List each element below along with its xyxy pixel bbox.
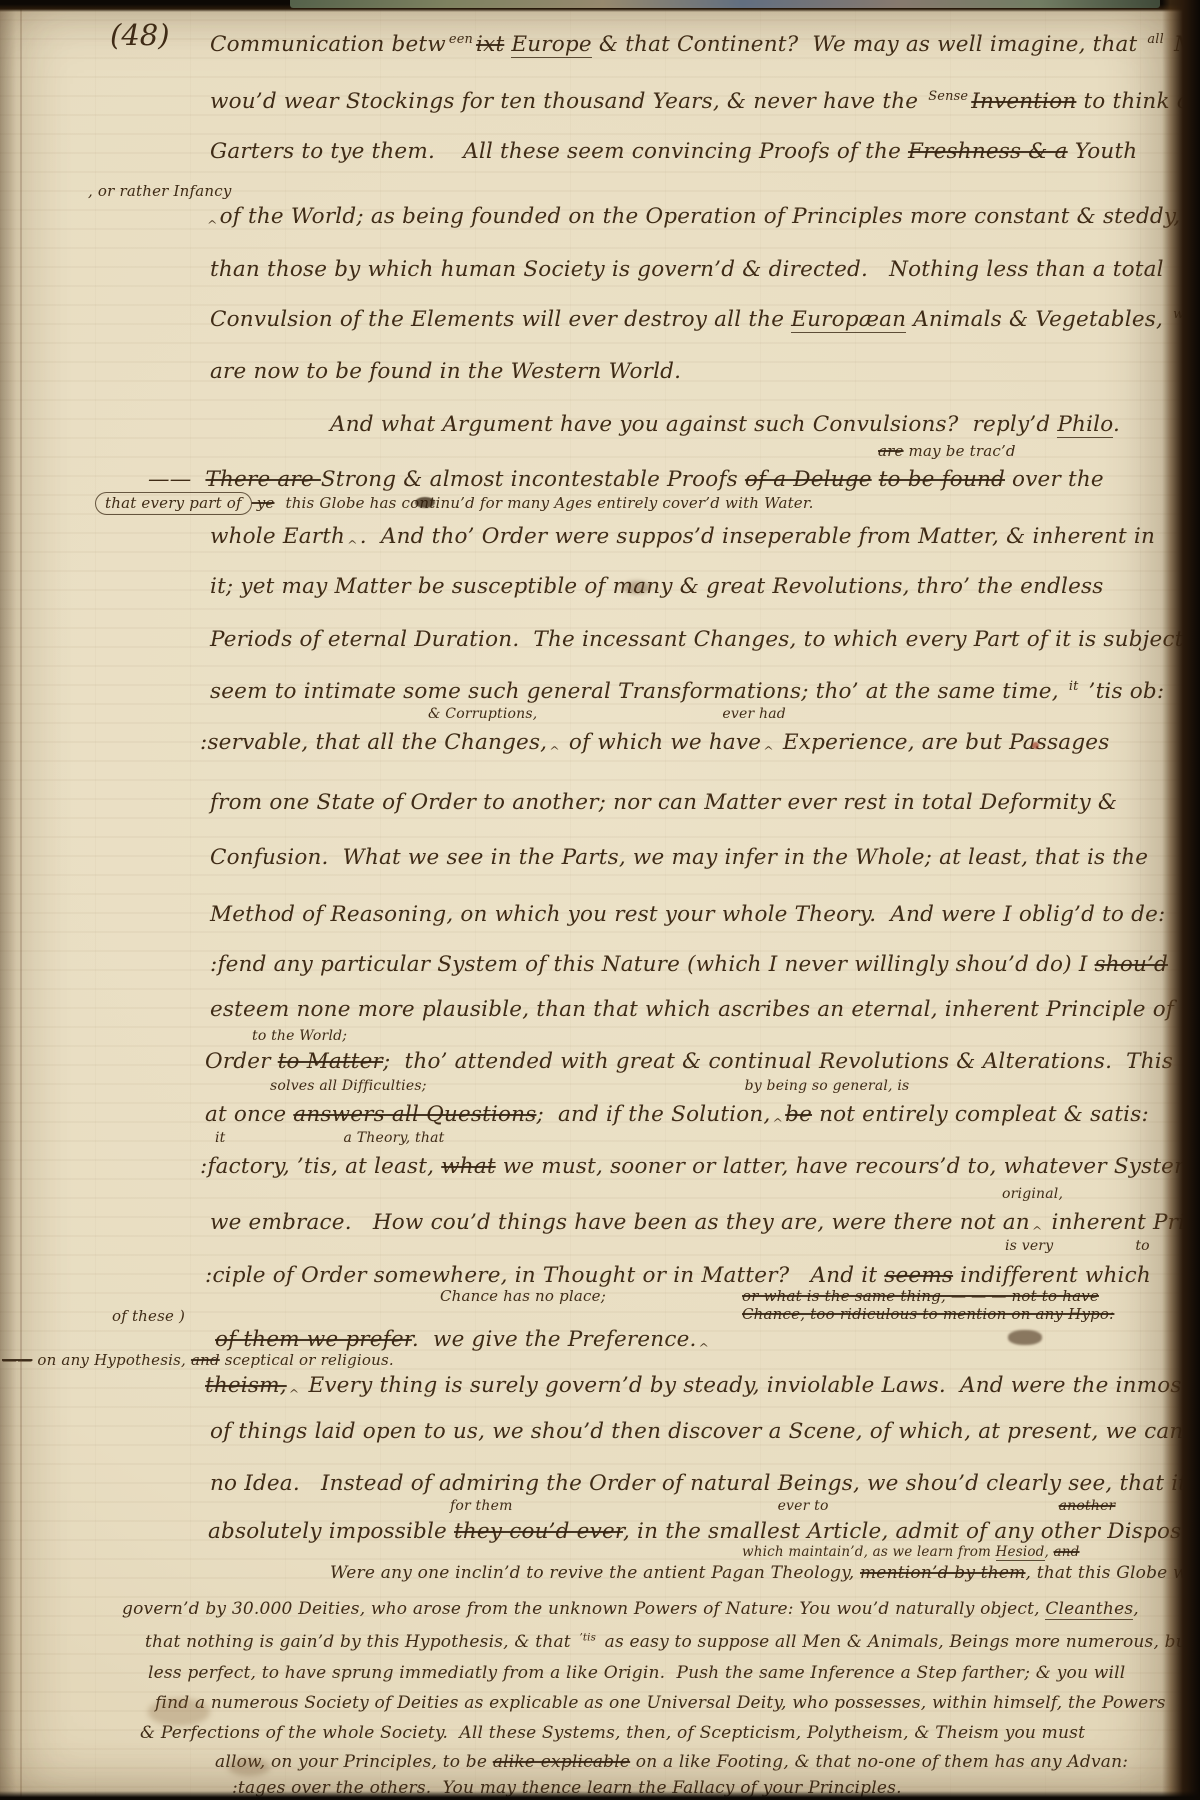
insertion-caret: ^: [1032, 1224, 1043, 1238]
manuscript-line-28: ita Theory, that: [215, 1130, 444, 1146]
text-segment: whole Earth: [210, 524, 345, 549]
page-edge-left: [0, 0, 16, 1800]
manuscript-page: (48) Communication betweenixt Europe & t…: [0, 0, 1200, 1800]
manuscript-line-18: :servable, that all the Changes,^ of whi…: [200, 731, 1109, 756]
manuscript-line-29: :factory, ’tis, at least, what we must, …: [200, 1155, 1195, 1180]
text-segment: no Idea. Instead of admiring the Order o…: [210, 1471, 1200, 1496]
text-segment: . And tho’ Order were suppos’d inseperab…: [360, 524, 1155, 549]
text-segment: & that Continent? We may as well imagine…: [592, 32, 1145, 57]
text-segment: it; yet may Matter be susceptible of man…: [210, 574, 1104, 599]
manuscript-line-25: Order to Matter; tho’ attended with grea…: [205, 1050, 1173, 1075]
text-segment: for them: [450, 1498, 513, 1514]
manuscript-line-21: Method of Reasoning, on which you rest y…: [210, 903, 1165, 928]
manuscript-line-23: esteem none more plausible, than that wh…: [210, 998, 1174, 1023]
text-segment: are now to be found in the Western World…: [210, 359, 681, 384]
text-segment: Europæan: [791, 307, 906, 333]
manuscript-line-8: are now to be found in the Western World…: [210, 360, 681, 385]
text-segment: of which we have: [562, 730, 761, 755]
text-segment: Strong & almost incontestable Proofs: [321, 467, 745, 492]
text-segment: this Globe has continu’d for many Ages e…: [281, 494, 814, 512]
text-segment: ever to: [778, 1498, 829, 1514]
struck-text: and: [191, 1351, 220, 1369]
struck-text: alike explicable: [493, 1752, 630, 1772]
manuscript-line-13: whole Earth^. And tho’ Order were suppos…: [210, 525, 1155, 550]
struck-text: they cou’d ever: [454, 1519, 623, 1544]
insertion-caret: ^: [289, 1387, 300, 1401]
text-segment: Philo: [1057, 412, 1113, 438]
text-segment: solves all Difficulties;: [270, 1078, 427, 1094]
text-segment: to: [1135, 1238, 1149, 1254]
text-segment: sceptical or religious.: [220, 1351, 394, 1369]
struck-text: what: [441, 1154, 496, 1179]
text-segment: find a numerous Society of Deities as ex…: [155, 1693, 1166, 1713]
manuscript-line-51: & Perfections of the whole Society. All …: [140, 1724, 1085, 1744]
insertion-caret: ^: [549, 744, 560, 758]
text-segment: :servable, that all the Changes,: [200, 730, 547, 755]
struck-text: Chance, too ridiculous to mention on any…: [742, 1305, 1114, 1323]
text-segment: Method of Reasoning, on which you rest y…: [210, 902, 1165, 927]
struck-text: answers all Questions: [293, 1102, 536, 1127]
struck-text: shou’d: [1095, 952, 1168, 977]
text-segment: Convulsion of the Elements will ever des…: [210, 307, 791, 332]
manuscript-line-38: of them we prefer. we give the Preferenc…: [215, 1328, 711, 1353]
manuscript-line-7: Convulsion of the Elements will ever des…: [210, 308, 1200, 333]
paper-crease: [20, 0, 22, 1800]
manuscript-line-39: —— on any Hypothesis, and sceptical or r…: [2, 1352, 394, 1369]
text-segment: :fend any particular System of this Natu…: [210, 952, 1095, 977]
struck-text: ixt: [476, 32, 504, 57]
manuscript-line-46: Were any one inclin’d to revive the anti…: [330, 1564, 1200, 1584]
text-segment: we embrace. How cou’d things have been a…: [210, 1210, 1030, 1235]
struck-text: be: [785, 1102, 812, 1127]
text-segment: Europe: [511, 32, 591, 58]
struck-text: theism,: [205, 1373, 287, 1398]
manuscript-line-30: original,: [1002, 1186, 1063, 1202]
manuscript-line-36: of these ): [112, 1308, 185, 1325]
struck-text: to Matter: [278, 1049, 383, 1074]
text-segment: a Theory, that: [344, 1130, 445, 1146]
struck-text: seems: [884, 1263, 953, 1288]
manuscript-line-41: of things laid open to us, we shou’d the…: [210, 1420, 1200, 1445]
text-segment: Cleanthes: [1045, 1599, 1133, 1620]
text-segment: is very: [1005, 1238, 1053, 1254]
manuscript-line-40: theism,^ Every thing is surely govern’d …: [205, 1374, 1200, 1399]
text-segment: may be trac’d: [904, 442, 1016, 460]
book-edge-marbling: [290, 0, 1160, 8]
manuscript-line-24: to the World;: [252, 1028, 347, 1044]
manuscript-line-10: are may be trac’d: [878, 443, 1016, 460]
struck-text: another: [1059, 1498, 1116, 1514]
manuscript-line-32: is veryto: [1005, 1238, 1150, 1254]
text-segment: . we give the Preference.: [412, 1327, 697, 1352]
text-segment: it: [215, 1130, 226, 1146]
interlinear-insertion: een: [449, 33, 473, 48]
manuscript-line-50: find a numerous Society of Deities as ex…: [155, 1694, 1166, 1714]
manuscript-line-44: absolutely impossible they cou’d ever, i…: [208, 1520, 1200, 1545]
insertion-caret: ^: [207, 218, 218, 232]
text-segment: Chance has no place;: [440, 1287, 606, 1305]
manuscript-line-19: from one State of Order to another; nor …: [210, 791, 1117, 816]
text-segment: govern’d by 30.000 Deities, who arose fr…: [122, 1599, 1045, 1619]
text-segment: ; and if the Solution,: [536, 1102, 770, 1127]
struck-text: mention’d by them: [860, 1563, 1026, 1583]
manuscript-line-3: Garters to tye them. All these seem conv…: [210, 140, 1137, 165]
struck-text: There are: [205, 467, 320, 492]
manuscript-line-2: wou’d wear Stockings for ten thousand Ye…: [210, 90, 1198, 115]
insertion-caret: ^: [699, 1341, 710, 1355]
text-segment: esteem none more plausible, than that wh…: [210, 997, 1174, 1022]
page-edge-right: [1162, 0, 1200, 1800]
manuscript-line-45: which maintain’d, as we learn from Hesio…: [742, 1545, 1080, 1561]
text-segment: And what Argument have you against such …: [330, 412, 1057, 437]
text-segment: over the: [1005, 467, 1104, 492]
struck-text: or what is the same thing, — — — not to …: [742, 1287, 1099, 1305]
page-number: (48): [110, 18, 170, 52]
text-segment: Garters to tye them. All these seem conv…: [210, 139, 908, 164]
text-segment: Communication betw: [210, 32, 446, 57]
text-segment: original,: [1002, 1186, 1063, 1202]
text-segment: :ciple of Order somewhere, in Thought or…: [205, 1263, 884, 1288]
manuscript-line-43: for themever toanother: [450, 1498, 1115, 1514]
manuscript-line-37: Chance, too ridiculous to mention on any…: [742, 1306, 1114, 1323]
manuscript-line-42: no Idea. Instead of admiring the Order o…: [210, 1472, 1200, 1497]
manuscript-line-52: allow, on your Principles, to be alike e…: [215, 1753, 1128, 1773]
page-edge-bottom: [0, 1791, 1200, 1800]
manuscript-line-6: than those by which human Society is gov…: [210, 258, 1164, 283]
text-segment: seem to intimate some such general Trans…: [210, 679, 1066, 704]
text-segment: that nothing is gain’d by this Hypothesi…: [145, 1632, 576, 1652]
text-segment: than those by which human Society is gov…: [210, 257, 1164, 282]
text-segment: Youth: [1068, 139, 1138, 164]
text-segment: Confusion. What we see in the Parts, we …: [210, 845, 1148, 870]
text-segment: , in the smallest Article, admit of any …: [623, 1519, 1200, 1544]
text-segment: & Perfections of the whole Society. All …: [140, 1723, 1085, 1743]
insertion-caret: ^: [772, 1116, 783, 1130]
struck-text: of a Deluge: [745, 467, 872, 492]
manuscript-line-31: we embrace. How cou’d things have been a…: [210, 1211, 1200, 1236]
ink-stain: [1008, 1330, 1042, 1345]
text-segment: absolutely impossible: [208, 1519, 454, 1544]
struck-text: and: [1054, 1544, 1080, 1560]
text-segment: ever had: [722, 706, 786, 722]
manuscript-line-49: less perfect, to have sprung immediatly …: [148, 1664, 1125, 1684]
text-segment: not entirely compleat & satis:: [812, 1102, 1149, 1127]
manuscript-line-12: that every part of ye this Globe has con…: [95, 495, 814, 512]
manuscript-line-47: govern’d by 30.000 Deities, who arose fr…: [122, 1600, 1139, 1620]
manuscript-line-17: & Corruptions,ever had: [428, 706, 786, 722]
insertion-caret: ^: [347, 538, 358, 552]
text-segment: , or rather Infancy: [88, 182, 232, 200]
manuscript-line-20: Confusion. What we see in the Parts, we …: [210, 846, 1148, 871]
text-segment: Hesiod: [996, 1544, 1045, 1561]
text-segment: Were any one inclin’d to revive the anti…: [330, 1563, 860, 1583]
text-segment: which maintain’d, as we learn from: [742, 1544, 996, 1560]
text-segment: Every thing is surely govern’d by steady…: [301, 1373, 1200, 1398]
text-segment: Experience, are but Passages: [776, 730, 1110, 755]
text-segment: from one State of Order to another; nor …: [210, 790, 1117, 815]
text-segment: ——: [148, 467, 205, 492]
text-segment: at once: [205, 1102, 293, 1127]
struck-text: ye: [252, 494, 275, 512]
text-segment: less perfect, to have sprung immediatly …: [148, 1663, 1125, 1683]
manuscript-scan: (48) Communication betweenixt Europe & t…: [0, 0, 1200, 1800]
struck-text: are: [878, 442, 904, 460]
text-segment: ’tis ob:: [1082, 679, 1165, 704]
text-segment: of things laid open to us, we shou’d the…: [210, 1419, 1200, 1444]
struck-text: to be found: [879, 467, 1005, 492]
manuscript-line-9: And what Argument have you against such …: [330, 413, 1120, 438]
manuscript-line-5: ^of the World; as being founded on the O…: [205, 205, 1180, 230]
struck-text: Invention: [971, 89, 1076, 114]
text-segment: ,: [1045, 1544, 1054, 1560]
text-segment: on a like Footing, & that no-one of them…: [630, 1752, 1128, 1772]
manuscript-line-15: Periods of eternal Duration. The incessa…: [210, 628, 1191, 653]
text-segment: on any Hypothesis,: [32, 1351, 191, 1369]
manuscript-line-48: that nothing is gain’d by this Hypothesi…: [145, 1633, 1194, 1653]
manuscript-line-4: , or rather Infancy: [88, 183, 232, 200]
text-segment: Order: [205, 1049, 278, 1074]
text-segment: wou’d wear Stockings for ten thousand Ye…: [210, 89, 925, 114]
text-segment: .: [1113, 412, 1120, 437]
text-segment: we must, sooner or latter, have recours’…: [496, 1154, 1195, 1179]
manuscript-line-34: Chance has no place;: [440, 1288, 606, 1305]
text-segment: Animals & Vegetables,: [906, 307, 1170, 332]
struck-text: of them we prefer: [215, 1327, 412, 1352]
manuscript-line-11: —— There are Strong & almost incontestab…: [148, 468, 1104, 493]
text-segment: Periods of eternal Duration. The incessa…: [210, 627, 1191, 652]
interlinear-insertion: it: [1069, 680, 1079, 695]
text-segment: :factory, ’tis, at least,: [200, 1154, 441, 1179]
text-segment: by being so general, is: [745, 1078, 910, 1094]
text-segment: allow, on your Principles, to be: [215, 1752, 493, 1772]
text-segment: indifferent which: [953, 1263, 1151, 1288]
manuscript-line-16: seem to intimate some such general Trans…: [210, 680, 1164, 705]
manuscript-line-26: solves all Difficulties;by being so gene…: [270, 1078, 909, 1094]
interlinear-insertion: ’tis: [579, 1633, 596, 1645]
interlinear-insertion: Sense: [928, 90, 968, 105]
manuscript-line-33: :ciple of Order somewhere, in Thought or…: [205, 1264, 1151, 1289]
text-segment: as easy to suppose all Men & Animals, Be…: [599, 1632, 1194, 1652]
manuscript-line-35: or what is the same thing, — — — not to …: [742, 1288, 1099, 1305]
text-segment: to the World;: [252, 1028, 347, 1044]
text-segment: of these ): [112, 1307, 185, 1325]
text-segment: of the World; as being founded on the Op…: [220, 204, 1181, 229]
text-segment: ; tho’ attended with great & continual R…: [383, 1049, 1173, 1074]
manuscript-line-1: Communication betweenixt Europe & that C…: [210, 33, 1200, 58]
circled-margin-insertion: that every part of: [95, 492, 252, 515]
text-segment: & Corruptions,: [428, 706, 537, 722]
manuscript-line-22: :fend any particular System of this Natu…: [210, 953, 1168, 978]
text-segment: [872, 467, 879, 492]
insertion-caret: ^: [763, 744, 774, 758]
manuscript-line-27: at once answers all Questions; and if th…: [205, 1103, 1149, 1128]
struck-text: Freshness & a: [908, 139, 1068, 164]
text-segment: ,: [1133, 1599, 1139, 1619]
manuscript-line-14: it; yet may Matter be susceptible of man…: [210, 575, 1104, 600]
